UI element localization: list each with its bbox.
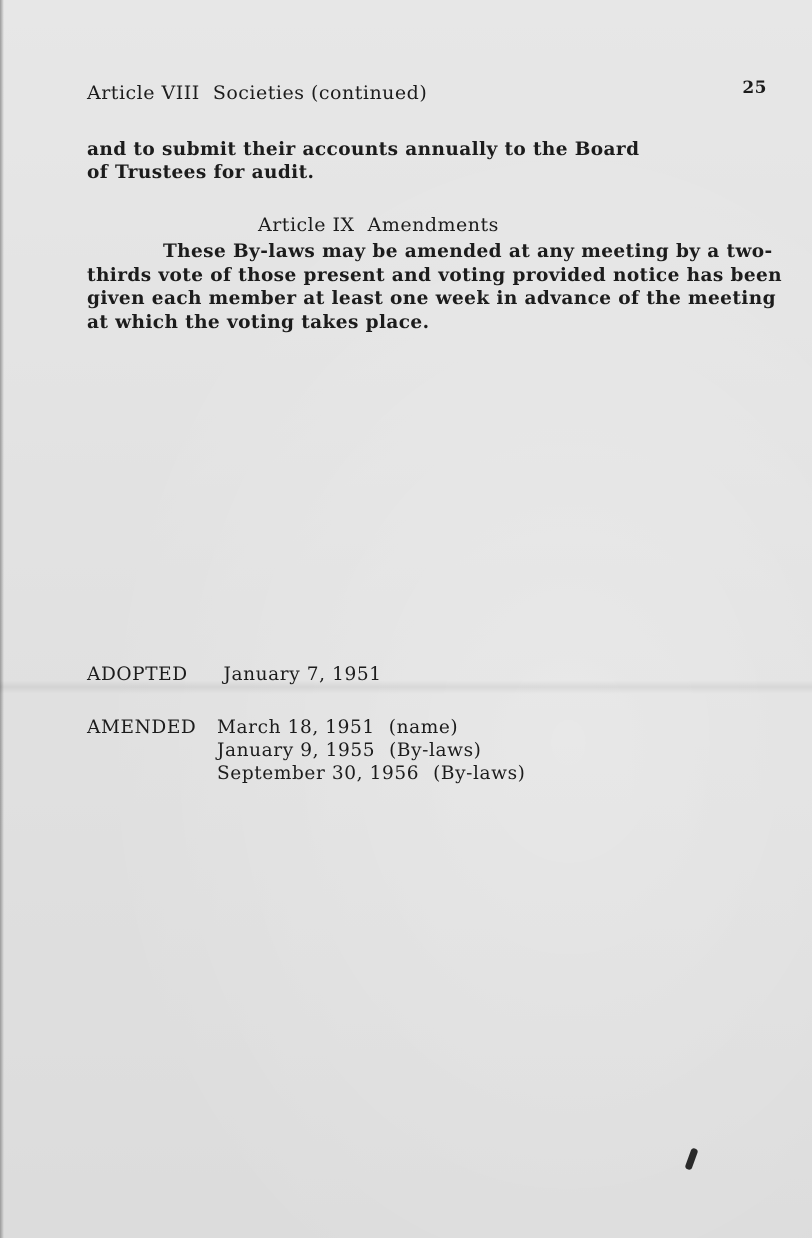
amendment-date: January 9, 1955 bbox=[217, 740, 375, 761]
amended-block: AMENDED March 18, 1951(name) January 9, … bbox=[87, 716, 526, 785]
amendment-entry: September 30, 1956(By-laws) bbox=[217, 762, 526, 785]
amendment-entry: March 18, 1951(name) bbox=[217, 716, 526, 739]
amendment-entry: January 9, 1955(By-laws) bbox=[217, 739, 526, 762]
amendment-date: March 18, 1951 bbox=[217, 717, 375, 738]
adopted-line: ADOPTED January 7, 1951 bbox=[87, 664, 382, 685]
amendment-note: (name) bbox=[389, 717, 458, 738]
amendment-note: (By-laws) bbox=[433, 763, 525, 784]
page-number: 25 bbox=[742, 78, 767, 98]
adopted-label: ADOPTED bbox=[87, 664, 217, 685]
amendment-note: (By-laws) bbox=[389, 740, 481, 761]
article-ix-title: Article IX Amendments bbox=[258, 214, 499, 236]
amended-label: AMENDED bbox=[87, 716, 217, 739]
header-title: Article VIII Societies (continued) bbox=[87, 82, 427, 104]
continuation-line: and to submit their accounts annually to… bbox=[87, 138, 787, 161]
page-edge-shadow bbox=[0, 0, 4, 1238]
page-header: Article VIII Societies (continued) 25 bbox=[87, 82, 767, 104]
article-ix-body: These By-laws may be amended at any meet… bbox=[87, 240, 787, 334]
article-ix-paragraph: These By-laws may be amended at any meet… bbox=[87, 240, 787, 334]
document-page: Article VIII Societies (continued) 25 an… bbox=[0, 0, 812, 1238]
continuation-paragraph: and to submit their accounts annually to… bbox=[87, 138, 787, 184]
continuation-line: of Trustees for audit. bbox=[87, 161, 787, 184]
adopted-date: January 7, 1951 bbox=[223, 664, 381, 685]
amendment-date: September 30, 1956 bbox=[217, 763, 419, 784]
ink-mark bbox=[684, 1147, 698, 1170]
